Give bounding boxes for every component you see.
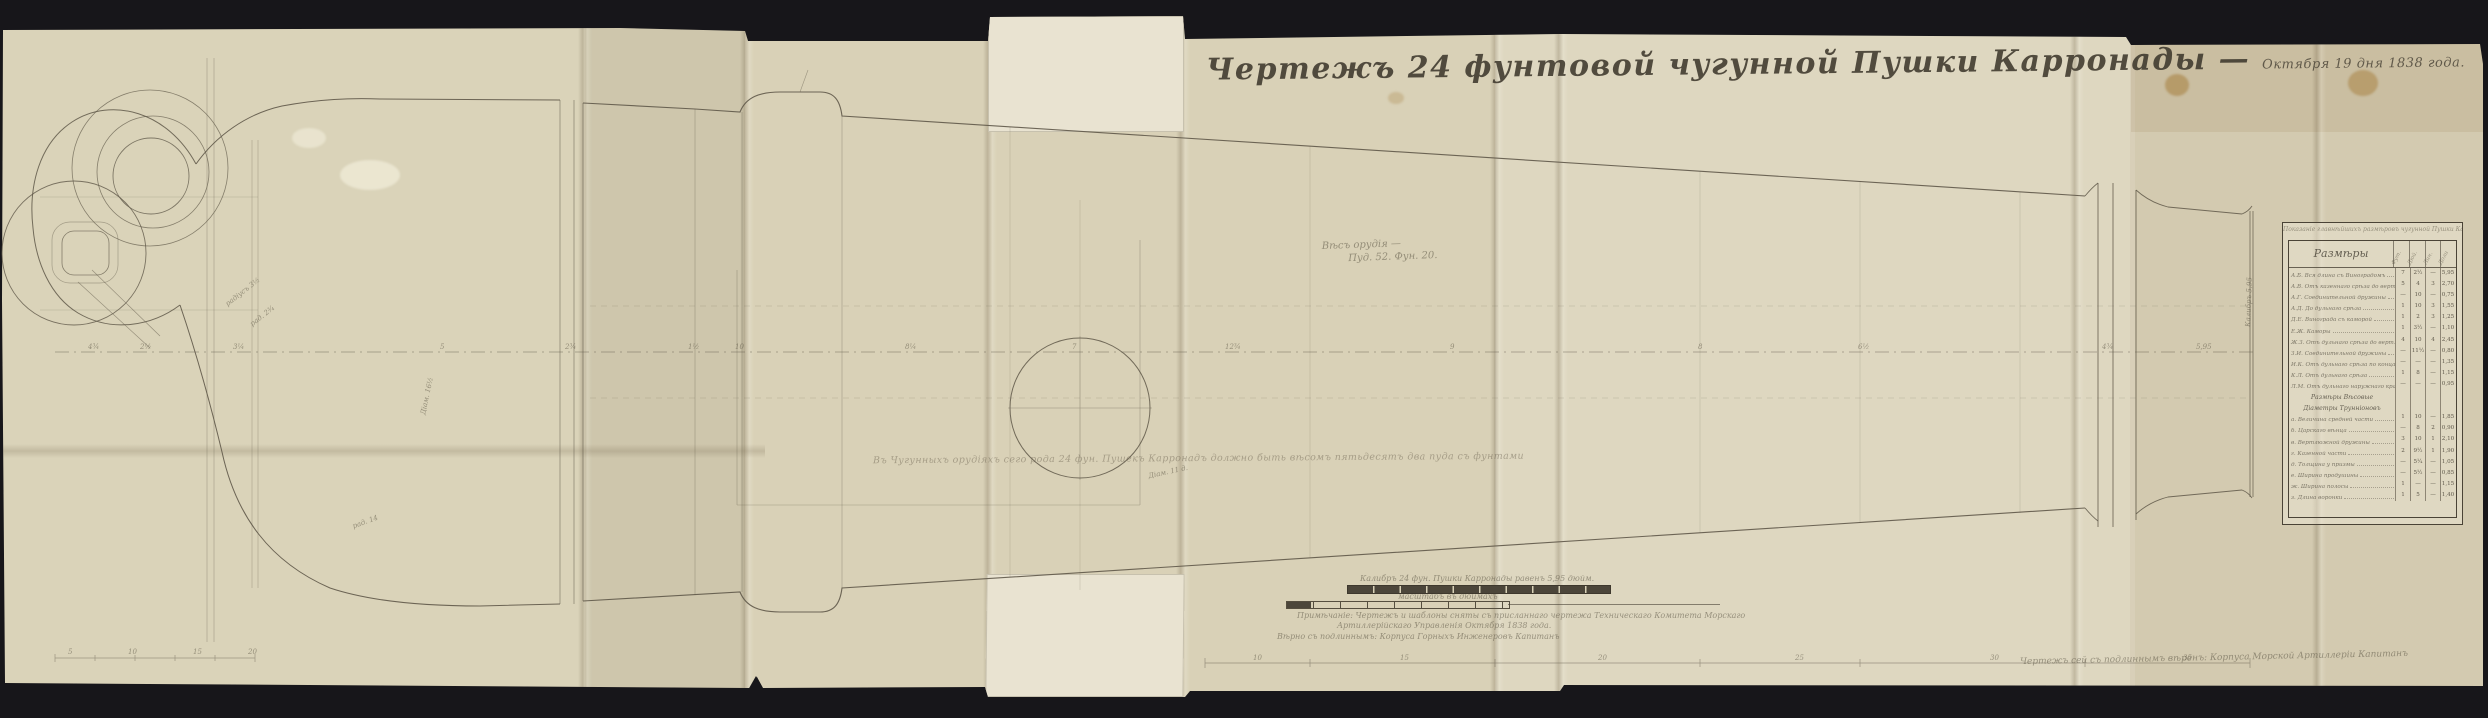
dimension-label: радіусъ 3½ (224, 276, 262, 308)
row-label: з. Длина воронки (2289, 495, 2395, 501)
row-value: 10 (2410, 434, 2425, 445)
row-value: 2½ (2410, 268, 2425, 279)
row-value: 3 (2395, 434, 2410, 445)
row-value (2440, 401, 2455, 412)
row-value: — (2395, 290, 2410, 301)
dimension-label: 7 (1072, 343, 1076, 351)
row-value: 10 (2410, 412, 2425, 423)
row-value (2410, 390, 2425, 401)
row-label: а. Величина средней части (2289, 417, 2395, 423)
table-row: А.Б. Вся длина съ Виноградомъ72½—5,95 (2289, 268, 2456, 279)
row-value: — (2425, 412, 2440, 423)
row-value (2440, 390, 2455, 401)
row-value: 8 (2410, 423, 2425, 434)
dotted-leader (2357, 465, 2394, 466)
row-value: 5,95 (2440, 268, 2455, 279)
row-value: 1,35 (2440, 357, 2455, 368)
table-row: б. Царскаго вѣнца—820,90 (2289, 423, 2456, 434)
row-value: 5 (2395, 279, 2410, 290)
row-label: З.И. Соединительной дружины (2289, 351, 2395, 357)
row-value: 0,80 (2440, 346, 2455, 357)
row-label: А.В. Отъ казеннаго срѣза до вертлюжной д… (2289, 284, 2395, 290)
dotted-leader (2363, 309, 2394, 310)
dimensions-table: Показаніе главнѣйшихъ размѣровъ чугунной… (2282, 222, 2463, 525)
row-value: 11½ (2410, 346, 2425, 357)
dimension-label: 9 (1450, 343, 1454, 351)
dimension-label: 15 (193, 648, 202, 656)
dimension-label: 6½ (1858, 343, 1869, 351)
row-label: Д.Е. Винограда съ каморой (2289, 317, 2395, 323)
row-value: 1,10 (2440, 323, 2455, 334)
table-row: А.Д. До дульнаго срѣза11031,55 (2289, 301, 2456, 312)
table-row: з. Длина воронки15—1,40 (2289, 490, 2456, 501)
row-value: — (2395, 457, 2410, 468)
row-value: 1 (2425, 434, 2440, 445)
dimension-label: 10 (128, 648, 137, 656)
row-value: 1 (2395, 323, 2410, 334)
row-value: 2,10 (2440, 434, 2455, 445)
table-row: Д.Е. Винограда съ каморой1231,25 (2289, 312, 2456, 323)
row-value: — (2425, 379, 2440, 390)
table-row: Л.М. Отъ дульнаго наружнаго края———0,95 (2289, 379, 2456, 390)
row-value: — (2395, 357, 2410, 368)
dimension-label: 4¾ (88, 343, 99, 351)
row-value: 4 (2395, 335, 2410, 346)
dotted-leader (2348, 454, 2394, 455)
table-row: И.К. Отъ дульнаго срѣза по концамъ цапфе… (2289, 357, 2456, 368)
row-value: 4 (2425, 335, 2440, 346)
row-value: 10 (2410, 335, 2425, 346)
row-value (2395, 390, 2410, 401)
row-value: — (2410, 357, 2425, 368)
row-label: А.Д. До дульнаго срѣза (2289, 306, 2395, 312)
dotted-leader (2388, 298, 2394, 299)
row-value: 3 (2425, 312, 2440, 323)
row-label: Л.М. Отъ дульнаго наружнаго края (2289, 384, 2395, 390)
row-value (2410, 401, 2425, 412)
row-value: — (2425, 268, 2440, 279)
dimension-label: 30 (1990, 654, 1999, 662)
row-value: — (2425, 479, 2440, 490)
dimension-label: Діам. 16½ (419, 377, 435, 416)
table-row: А.В. Отъ казеннаго срѣза до вертлюжной д… (2289, 279, 2456, 290)
row-value: 1,55 (2440, 301, 2455, 312)
table-row: А.Г. Соединительной дружины—10—0,75 (2289, 290, 2456, 301)
table-row: ж. Ширина полосы1——1,15 (2289, 479, 2456, 490)
row-value: 9½ (2410, 446, 2425, 457)
row-label: в. Вертлюжной дружины (2289, 440, 2395, 446)
row-value: 1,90 (2440, 446, 2455, 457)
row-value: 0,85 (2440, 468, 2455, 479)
row-value: — (2425, 290, 2440, 301)
dimension-label: 15 (1400, 654, 1409, 662)
table-header-row: Размѣры Фут. Дюй. Лин. Доли (2289, 241, 2456, 268)
table-rows: А.Б. Вся длина съ Виноградомъ72½—5,95А.В… (2289, 268, 2456, 501)
row-value: 5½ (2410, 468, 2425, 479)
row-value: — (2425, 457, 2440, 468)
row-value: 5¼ (2410, 457, 2425, 468)
row-label: г. Казенной части (2289, 451, 2395, 457)
row-value: 0,95 (2440, 379, 2455, 390)
dimension-label: 3¼ (233, 343, 244, 351)
dimension-labels-layer: 4¾2½3¼52¾1½108¼712¾986½4¾5,95радіусъ 3½р… (0, 0, 2488, 718)
row-value: 0,90 (2440, 423, 2455, 434)
dimension-label: Діам. 11 д. (1148, 464, 1189, 480)
col-header-label: Доли (2438, 250, 2450, 266)
row-label: К.Л. Отъ дульнаго срѣза (2289, 373, 2395, 379)
dimension-label: 25 (1795, 654, 1804, 662)
dimension-label: 2½ (140, 343, 151, 351)
row-label: д. Толщина у призмы (2289, 462, 2395, 468)
row-value: 1,25 (2440, 312, 2455, 323)
table-row: д. Толщина у призмы—5¼—1,05 (2289, 457, 2456, 468)
row-value: 2,45 (2440, 335, 2455, 346)
dotted-leader (2374, 320, 2394, 321)
table-row: г. Казенной части29½11,90 (2289, 446, 2456, 457)
row-value: — (2395, 468, 2410, 479)
dimension-label: 1½ (688, 343, 699, 351)
row-value: 1,40 (2440, 490, 2455, 501)
row-value: 1 (2395, 412, 2410, 423)
row-label: Размѣры Вѣсовые (2289, 394, 2395, 401)
dimension-label: рад. 14 (351, 514, 379, 531)
row-value: 1,85 (2440, 412, 2455, 423)
table-inner: Размѣры Фут. Дюй. Лин. Доли А.Б. Вся дли… (2288, 240, 2457, 518)
dimension-label: 10 (1253, 654, 1262, 662)
row-value: 5 (2410, 490, 2425, 501)
row-value: — (2410, 379, 2425, 390)
row-value (2425, 390, 2440, 401)
dimension-label: 35 (2183, 654, 2192, 662)
table-row: Размѣры Вѣсовые (2289, 390, 2456, 401)
row-label: Ж.З. Отъ дульнаго срѣза до вертлюжной др… (2289, 340, 2395, 346)
row-value: 4 (2410, 279, 2425, 290)
row-label: А.Б. Вся длина съ Виноградомъ (2289, 273, 2395, 279)
table-col-header: Доли (2440, 241, 2456, 267)
dimension-label: Калибръ 5,95 (2244, 277, 2254, 327)
row-value: — (2395, 346, 2410, 357)
row-value: — (2425, 468, 2440, 479)
table-caption: Показаніе главнѣйшихъ размѣровъ чугунной… (2283, 223, 2462, 237)
dimension-label: 20 (1598, 654, 1607, 662)
row-value: 10 (2410, 290, 2425, 301)
row-value: 3½ (2410, 323, 2425, 334)
row-value (2425, 401, 2440, 412)
dimension-label: 5 (68, 648, 72, 656)
row-value: — (2425, 357, 2440, 368)
table-header-title: Размѣры (2289, 241, 2393, 267)
scanned-drawing-page: Чертежъ 24 фунтовой чугунной Пушки Карро… (0, 0, 2488, 718)
row-value: — (2425, 368, 2440, 379)
table-row: З.И. Соединительной дружины—11½—0,80 (2289, 346, 2456, 357)
dotted-leader (2349, 431, 2394, 432)
row-value: 2 (2425, 423, 2440, 434)
col-header-label: Фут. (2391, 250, 2403, 266)
row-value: 3 (2425, 279, 2440, 290)
col-header-label: Лин. (2422, 251, 2434, 266)
table-row: Е.Ж. Каморы13½—1,10 (2289, 323, 2456, 334)
row-value: 1 (2395, 312, 2410, 323)
row-value: 10 (2410, 301, 2425, 312)
dimension-label: 4¾ (2102, 343, 2113, 351)
dimension-label: 8¼ (905, 343, 916, 351)
dotted-leader (2387, 276, 2394, 277)
row-label: А.Г. Соединительной дружины (2289, 295, 2395, 301)
row-value: 2,70 (2440, 279, 2455, 290)
dimension-label: 20 (248, 648, 257, 656)
row-label: е. Ширина продушины (2289, 473, 2395, 479)
table-row: а. Величина средней части110—1,85 (2289, 412, 2456, 423)
dotted-leader (2360, 476, 2394, 477)
dotted-leader (2388, 354, 2394, 355)
row-value (2395, 401, 2410, 412)
dotted-leader (2369, 376, 2394, 377)
row-value: 2 (2395, 446, 2410, 457)
row-value: 3 (2425, 301, 2440, 312)
dimension-label: 5 (440, 343, 444, 351)
table-row: К.Л. Отъ дульнаго срѣза18—1,15 (2289, 368, 2456, 379)
dotted-leader (2375, 420, 2394, 421)
row-value: 8 (2410, 368, 2425, 379)
row-value: — (2395, 423, 2410, 434)
row-value: 1 (2395, 301, 2410, 312)
dotted-leader (2344, 498, 2394, 499)
row-value: 1 (2425, 446, 2440, 457)
row-value: — (2410, 479, 2425, 490)
table-row: Діаметры Трунніоновъ (2289, 401, 2456, 412)
row-value: 2 (2410, 312, 2425, 323)
row-value: 1,15 (2440, 368, 2455, 379)
row-value: 1,15 (2440, 479, 2455, 490)
dotted-leader (2372, 443, 2394, 444)
row-value: 0,75 (2440, 290, 2455, 301)
dimension-label: 12¾ (1225, 343, 1241, 351)
row-label: И.К. Отъ дульнаго срѣза по концамъ цапфе… (2289, 362, 2395, 368)
row-label: б. Царскаго вѣнца (2289, 428, 2395, 434)
row-label: Е.Ж. Каморы (2289, 329, 2395, 335)
row-value: — (2425, 346, 2440, 357)
table-row: Ж.З. Отъ дульнаго срѣза до вертлюжной др… (2289, 335, 2456, 346)
col-header-label: Дюй. (2407, 250, 2419, 266)
row-value: 1,05 (2440, 457, 2455, 468)
dimension-label: рад. 2¾ (249, 304, 277, 328)
row-label: Діаметры Трунніоновъ (2289, 405, 2395, 412)
row-label: ж. Ширина полосы (2289, 484, 2395, 490)
table-row: е. Ширина продушины—5½—0,85 (2289, 468, 2456, 479)
row-value: 1 (2395, 368, 2410, 379)
row-value: — (2395, 379, 2410, 390)
row-value: — (2425, 323, 2440, 334)
dotted-leader (2350, 487, 2394, 488)
dimension-label: 2¾ (565, 343, 576, 351)
row-value: 1 (2395, 479, 2410, 490)
table-row: в. Вертлюжной дружины31012,10 (2289, 434, 2456, 445)
row-value: 1 (2395, 490, 2410, 501)
dimension-label: 8 (1698, 343, 1702, 351)
dimension-label: 10 (735, 343, 744, 351)
row-value: — (2425, 490, 2440, 501)
dotted-leader (2333, 332, 2394, 333)
row-value: 7 (2395, 268, 2410, 279)
dimension-label: 5,95 (2196, 343, 2212, 351)
